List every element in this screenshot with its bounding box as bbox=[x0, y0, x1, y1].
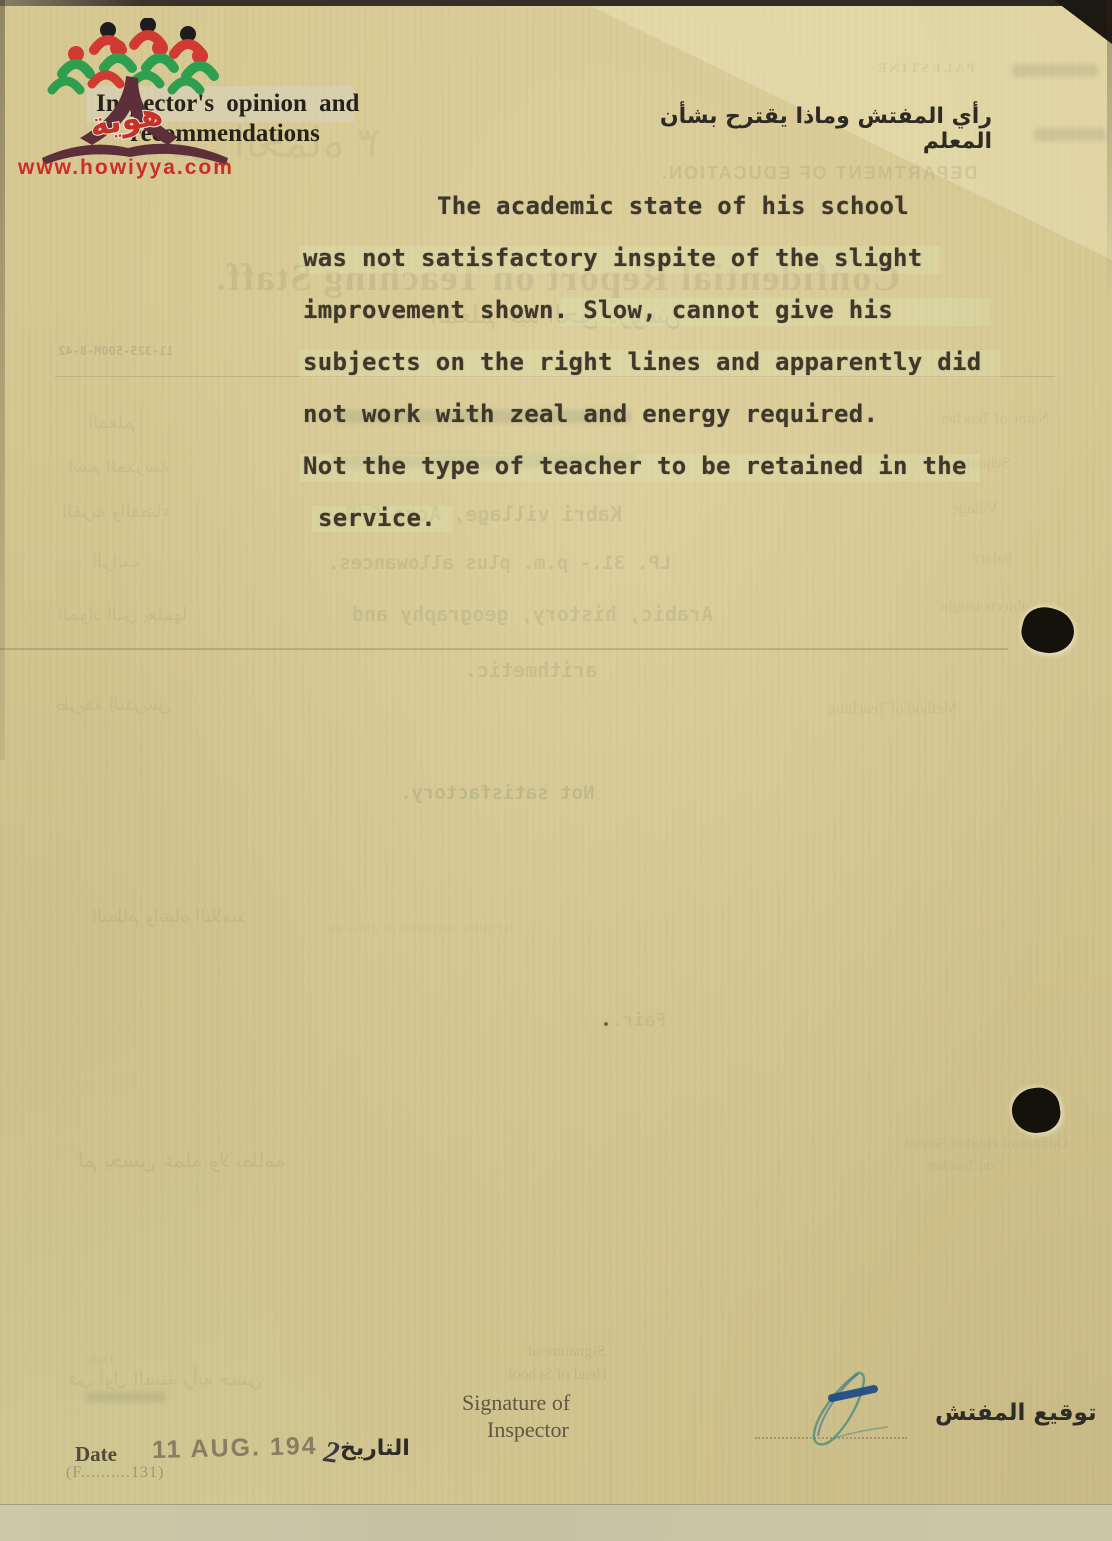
ghost-label-discipline: Discipline response of class etc. bbox=[320, 920, 525, 938]
arabic-header: رأي المفتش وماذا يقترح بشأن المعلم bbox=[620, 104, 992, 154]
signature-label-arabic: توقيع المفتش bbox=[935, 1400, 1097, 1426]
ghost-ar-label-village: القرية والقضاء bbox=[62, 501, 170, 522]
ghost-department-of-education: DEPARTMENT OF EDUCATION. bbox=[660, 163, 977, 184]
ghost-value-discipline: Fair. bbox=[612, 1010, 666, 1031]
ghost-ar-label-teacher: المعلم bbox=[88, 412, 136, 433]
date-stamp: 11 AUG. 194 bbox=[152, 1432, 318, 1465]
signature-svg bbox=[798, 1368, 898, 1453]
ghost-smudge-top-right bbox=[1012, 64, 1098, 77]
date-label-arabic: التاريخ bbox=[340, 1436, 410, 1461]
ghost-label-salary: Salary bbox=[972, 550, 1013, 568]
ghost-value-subjects-1: Arabic, history, geography and bbox=[352, 602, 713, 626]
typed-line-2: was not satisfactory inspite of the slig… bbox=[303, 244, 922, 272]
howiyya-logo: هوية bbox=[28, 18, 242, 168]
ghost-ar-bottom-note: في أول السنة رأيه حسن bbox=[68, 1368, 262, 1390]
ghost-serial-number: 11-325-500M-8-42 bbox=[58, 344, 174, 358]
ghost-rule-2 bbox=[0, 648, 1008, 650]
ghost-label-name-of-teacher: Name of Teacher bbox=[940, 410, 1050, 428]
ghost-label-date: Date bbox=[86, 1352, 114, 1369]
ghost-ar-label-method: طريقة التدريس bbox=[55, 694, 171, 715]
logo-calligraphy: هوية bbox=[87, 94, 166, 144]
ghost-label-signature-of: Signature of bbox=[527, 1343, 606, 1361]
ghost-palestine: PALESTINE bbox=[875, 60, 975, 76]
ghost-ar-label-discipline: النظام وانتباه التلاميذ bbox=[92, 906, 246, 927]
office-note: (F..........131) bbox=[66, 1464, 164, 1482]
howiyya-logo-svg: هوية bbox=[28, 18, 242, 168]
howiyya-url: www.howiyya.com bbox=[18, 156, 234, 180]
ghost-value-salary: LP. 31.- p.m. plus allowances. bbox=[328, 552, 671, 574]
ghost-label-method: Method of Teaching bbox=[828, 700, 957, 718]
ghost-label-village: Village bbox=[952, 500, 998, 518]
scan-edge-right bbox=[1107, 0, 1112, 300]
ghost-smudge-above-date bbox=[85, 1392, 165, 1402]
typed-line-4: subjects on the right lines and apparent… bbox=[303, 348, 981, 376]
ghost-value-method: Not satisfactory. bbox=[400, 782, 594, 804]
ghost-ar-label-subjects: المواد التي يعلمها bbox=[58, 604, 187, 625]
ghost-ar-label-salary: الراتب bbox=[92, 551, 140, 572]
ink-speck bbox=[604, 1022, 608, 1026]
inspector-signature-scribble bbox=[798, 1368, 898, 1453]
hole-punch-bottom bbox=[1009, 1085, 1063, 1136]
typed-line-3: improvement shown. Slow, cannot give his bbox=[303, 296, 893, 324]
date-handwritten-digit: 2 bbox=[322, 1435, 342, 1471]
ghost-label-subjects: Subjects taught bbox=[940, 598, 1038, 616]
ghost-smudge-right-of-header bbox=[1034, 128, 1106, 141]
typed-line-7: service. bbox=[318, 504, 436, 532]
signature-label-line2: Inspector bbox=[487, 1417, 569, 1443]
typed-line-5: not work with zeal and energy required. bbox=[303, 400, 878, 428]
ghost-label-opinion-1: Opinion of Head of School bbox=[905, 1136, 1067, 1153]
typed-line-1: The academic state of his school bbox=[437, 192, 909, 220]
typed-line-6: Not the type of teacher to be retained i… bbox=[303, 452, 967, 480]
scan-edge-bottom bbox=[0, 1504, 1112, 1541]
document-page: PALESTINE DEPARTMENT OF EDUCATION. في ال… bbox=[0, 0, 1112, 1541]
ghost-ar-opinion-note: لم يحسن عمله ولا نظامه bbox=[78, 1148, 286, 1172]
signature-label-line1: Signature of bbox=[462, 1390, 570, 1416]
scan-edge-top bbox=[0, 0, 1112, 6]
ghost-label-opinion-2: on Teacher bbox=[928, 1158, 994, 1175]
ghost-ar-label-school: اسم المدرسة bbox=[68, 456, 170, 477]
scan-edge-left bbox=[0, 0, 5, 760]
ghost-value-subjects-2: arithmetic. bbox=[465, 658, 597, 682]
ghost-label-head-of-school: Head of School bbox=[508, 1366, 608, 1384]
